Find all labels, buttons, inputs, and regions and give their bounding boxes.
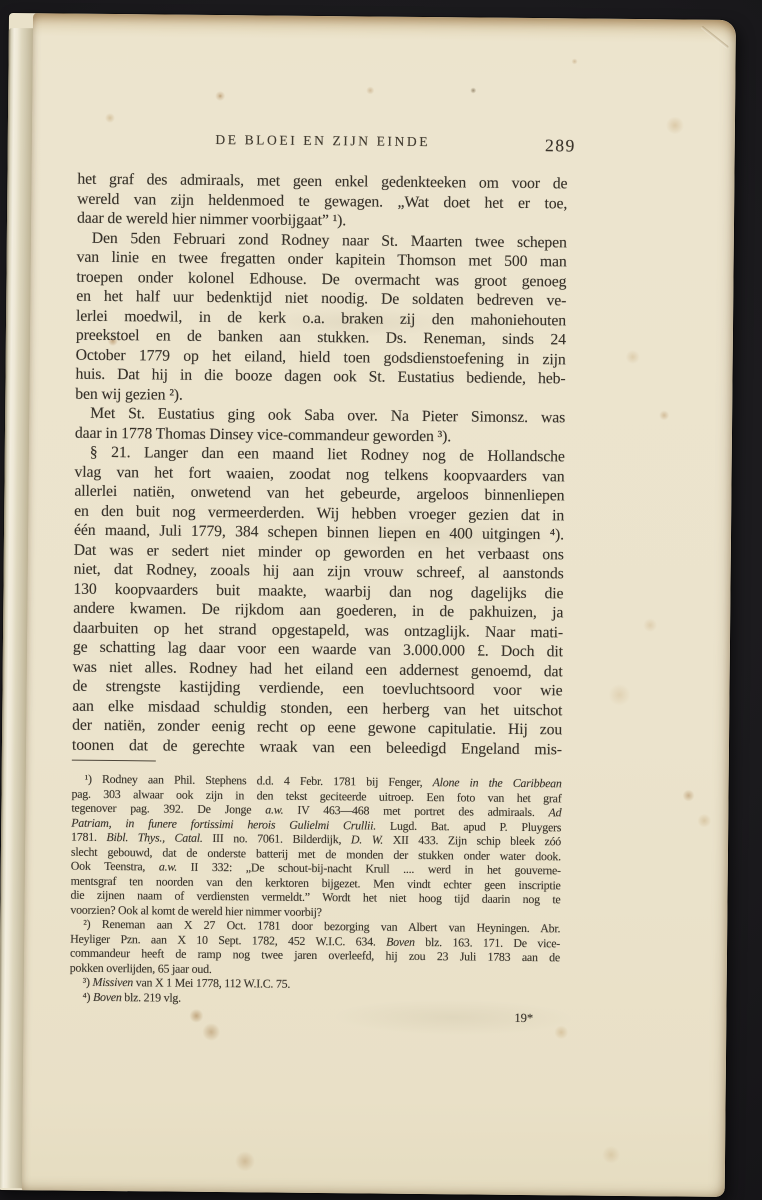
- running-header: DE BLOEI EN ZIJN EINDE 289: [78, 131, 568, 152]
- footnotes-paragraph: ¹) Rodney aan Phil. Stephens d.d. 4 Febr…: [70, 772, 561, 922]
- body-paragraph: Met St. Eustatius ging ook Saba over. Na…: [75, 404, 565, 448]
- footnotes-paragraph: ²) Reneman aan X 27 Oct. 1781 door bezor…: [70, 917, 561, 980]
- body-line: toonen dat de gerechte wraak van een bel…: [72, 735, 562, 759]
- scan-background: DE BLOEI EN ZIJN EINDE 289 het graf des …: [0, 0, 762, 1200]
- page-number: 289: [545, 137, 576, 153]
- chapter-title: DE BLOEI EN ZIJN EINDE: [215, 132, 430, 149]
- book-page: DE BLOEI EN ZIJN EINDE 289 het graf des …: [0, 13, 736, 1197]
- body-paragraph: § 21. Langer dan een maand liet Rodney n…: [72, 443, 565, 760]
- text-block: DE BLOEI EN ZIJN EINDE 289 het graf des …: [69, 131, 568, 1027]
- footnotes: ¹) Rodney aan Phil. Stephens d.d. 4 Febr…: [69, 772, 561, 1009]
- footnote-rule: [72, 760, 156, 762]
- body-paragraph: het graf des admiraals, met geen enkel g…: [77, 170, 568, 233]
- body-text: het graf des admiraals, met geen enkel g…: [72, 170, 568, 760]
- body-paragraph: Den 5den Februari zond Rodney naar St. M…: [75, 228, 567, 408]
